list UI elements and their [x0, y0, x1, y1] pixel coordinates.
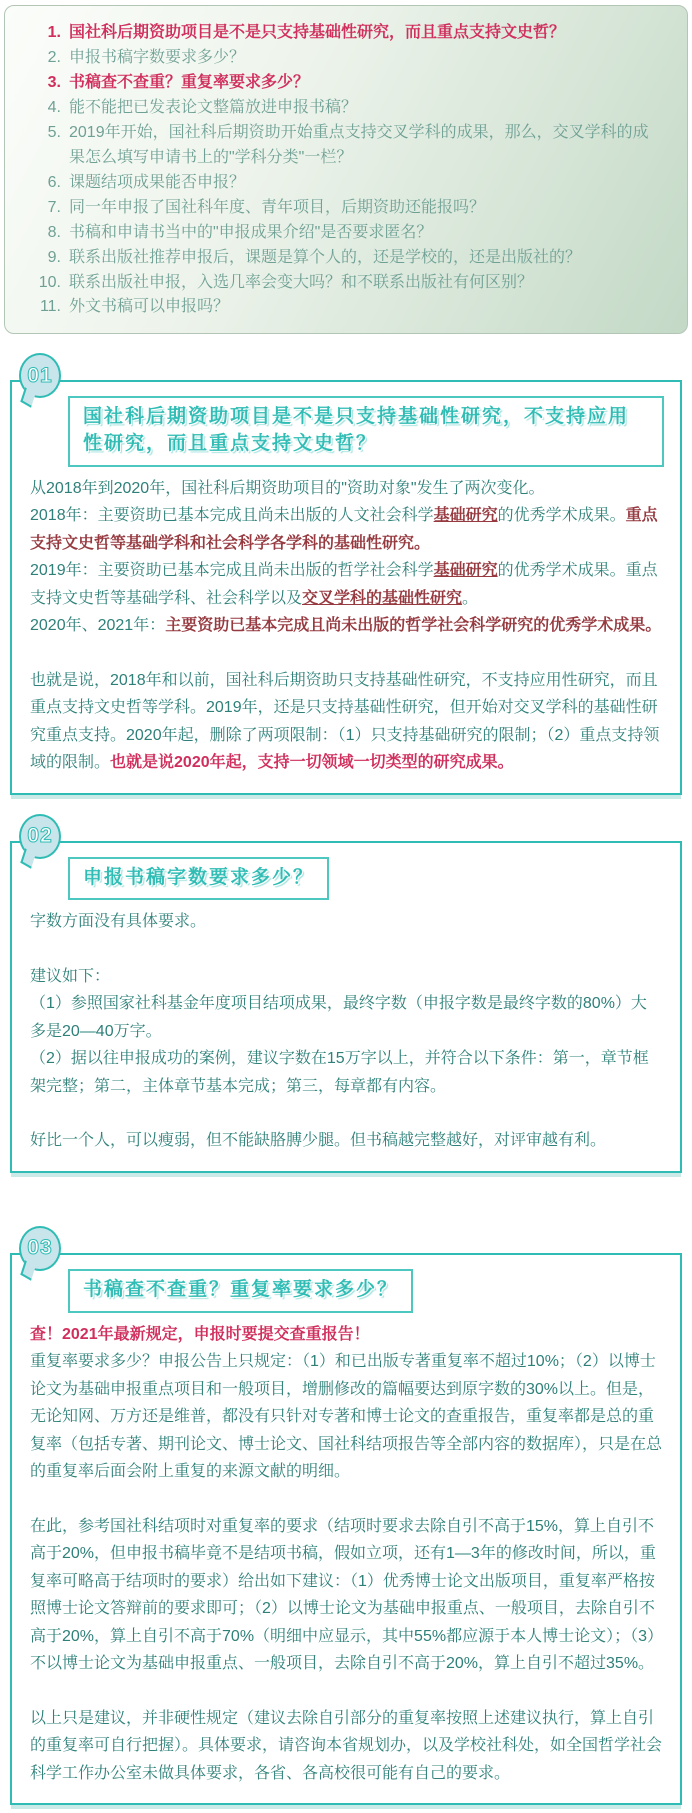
paragraph: 2020年、2021年：主要资助已基本完成且尚未出版的哲学社会科学研究的优秀学术…	[30, 612, 662, 640]
text-segment: 以上只是建议，并非硬性规定（建议去除自引部分的重复率按照上述建议执行，算上自引的…	[30, 1710, 662, 1782]
paragraph: 重复率要求多少？申报公告上只规定：（1）和已出版专著重复率不超过10%；（2）以…	[30, 1348, 662, 1486]
paragraph: 在此，参考国社科结项时对重复率的要求（结项时要求去除自引不高于15%，算上自引不…	[30, 1513, 662, 1678]
text-segment: 重复率要求多少？申报公告上只规定：（1）和已出版专著重复率不超过10%；（2）以…	[30, 1353, 662, 1480]
toc-item-number: 7.	[23, 196, 61, 221]
section-03-body: 查！2021年最新规定，申报时要提交查重报告！重复率要求多少？申报公告上只规定：…	[28, 1321, 664, 1788]
paragraph: 建议如下：	[30, 963, 662, 991]
text-segment: 交叉学科的基础性研究	[302, 590, 462, 607]
toc-item-text: 书稿和申请书当中的"申报成果介绍"是否要求匿名？	[69, 221, 661, 246]
toc-item-number: 9.	[23, 246, 61, 271]
paragraph: 从2018年到2020年，国社科后期资助项目的"资助对象"发生了两次变化。	[30, 475, 662, 503]
section-02-number-badge: 02	[19, 814, 61, 859]
paragraph-spacer	[30, 936, 662, 963]
section-02-title: 申报书稿字数要求多少？	[68, 857, 329, 901]
text-segment: 主要资助已基本完成且尚未出版的哲学社会科学研究的优秀学术成果。	[165, 617, 661, 634]
toc-item-text: 外文书稿可以申报吗？	[69, 295, 661, 320]
toc-item-text: 2019年开始，国社科后期资助开始重点支持交叉学科的成果，那么，交叉学科的成果怎…	[69, 121, 661, 171]
toc-item-number: 3.	[23, 71, 61, 96]
toc-item-number: 4.	[23, 96, 61, 121]
toc-item-text: 联系出版社申报，入选几率会变大吗？和不联系出版社有何区别？	[69, 271, 661, 296]
toc-item: 3.书稿查不查重？重复率要求多少？	[23, 71, 661, 96]
toc-item-text: 课题结项成果能否申报？	[69, 171, 661, 196]
text-segment: 基础研究	[434, 562, 498, 579]
toc-item: 6.课题结项成果能否申报？	[23, 171, 661, 196]
section-title-text: 申报书稿字数要求多少？	[83, 867, 314, 888]
section-title-text: 国社科后期资助项目是不是只支持基础性研究，不支持应用性研究，而且重点支持文史哲？	[83, 406, 629, 454]
text-segment: 查！2021年最新规定，申报时要提交查重报告！	[30, 1326, 370, 1343]
section-number: 01	[27, 364, 52, 388]
paragraph: 查！2021年最新规定，申报时要提交查重报告！	[30, 1321, 662, 1349]
toc-item: 5.2019年开始，国社科后期资助开始重点支持交叉学科的成果，那么，交叉学科的成…	[23, 121, 661, 171]
section-01-title: 国社科后期资助项目是不是只支持基础性研究，不支持应用性研究，而且重点支持文史哲？	[68, 396, 664, 466]
text-segment: 在此，参考国社科结项时对重复率的要求（结项时要求去除自引不高于15%，算上自引不…	[30, 1518, 656, 1673]
paragraph-spacer	[30, 1678, 662, 1705]
toc-item: 11.外文书稿可以申报吗？	[23, 295, 661, 320]
section-01-number-badge: 01	[19, 353, 61, 398]
toc-item-text: 书稿查不查重？重复率要求多少？	[69, 71, 661, 96]
text-segment: 2019年：主要资助已基本完成且尚未出版的哲学社会科学	[30, 562, 434, 579]
section-03: 03 书稿查不查重？重复率要求多少？ 查！2021年最新规定，申报时要提交查重报…	[10, 1253, 682, 1805]
toc-list: 1.国社科后期资助项目是不是只支持基础性研究，而且重点支持文史哲？2.申报书稿字…	[23, 21, 661, 320]
section-number: 03	[27, 1236, 52, 1260]
text-segment: 2018年：主要资助已基本完成且尚未出版的人文社会科学	[30, 507, 434, 524]
paragraph: 2019年：主要资助已基本完成且尚未出版的哲学社会科学基础研究的优秀学术成果。重…	[30, 557, 662, 612]
section-01-body: 从2018年到2020年，国社科后期资助项目的"资助对象"发生了两次变化。201…	[28, 475, 664, 777]
toc-item: 1.国社科后期资助项目是不是只支持基础性研究，而且重点支持文史哲？	[23, 21, 661, 46]
toc-item-number: 5.	[23, 121, 61, 171]
section-01: 01 国社科后期资助项目是不是只支持基础性研究，不支持应用性研究，而且重点支持文…	[10, 380, 682, 794]
text-segment: （2）据以往申报成功的案例，建议字数在15万字以上，并符合以下条件：第一，章节框…	[30, 1050, 649, 1095]
question-index-box: 1.国社科后期资助项目是不是只支持基础性研究，而且重点支持文史哲？2.申报书稿字…	[4, 5, 688, 334]
text-segment: 也就是说2020年起，支持一切领域一切类型的研究成果。	[110, 754, 514, 771]
toc-item-number: 11.	[23, 295, 61, 320]
article-page: 1.国社科后期资助项目是不是只支持基础性研究，而且重点支持文史哲？2.申报书稿字…	[0, 0, 692, 1813]
text-segment: 。	[462, 590, 478, 607]
toc-item-text: 能不能把已发表论文整篇放进申报书稿？	[69, 96, 661, 121]
toc-item-number: 10.	[23, 271, 61, 296]
toc-item: 7.同一年申报了国社科年度、青年项目，后期资助还能报吗？	[23, 196, 661, 221]
toc-item-text: 同一年申报了国社科年度、青年项目，后期资助还能报吗？	[69, 196, 661, 221]
toc-item-text: 国社科后期资助项目是不是只支持基础性研究，而且重点支持文史哲？	[69, 21, 661, 46]
paragraph: 2018年：主要资助已基本完成且尚未出版的人文社会科学基础研究的优秀学术成果。重…	[30, 502, 662, 557]
toc-item-text: 申报书稿字数要求多少？	[69, 46, 661, 71]
toc-item-number: 8.	[23, 221, 61, 246]
toc-item-number: 6.	[23, 171, 61, 196]
section-02: 02 申报书稿字数要求多少？ 字数方面没有具体要求。建议如下：（1）参照国家社科…	[10, 841, 682, 1173]
section-03-title: 书稿查不查重？重复率要求多少？	[68, 1269, 413, 1313]
text-segment: 字数方面没有具体要求。	[30, 913, 206, 930]
paragraph: 也就是说，2018年和以前，国社科后期资助只支持基础性研究，不支持应用性研究，而…	[30, 667, 662, 777]
paragraph: （1）参照国家社科基金年度项目结项成果，最终字数（申报字数是最终字数的80%）大…	[30, 990, 662, 1045]
paragraph-spacer	[30, 1486, 662, 1513]
paragraph: 字数方面没有具体要求。	[30, 908, 662, 936]
text-segment: 好比一个人，可以瘦弱，但不能缺胳膊少腿。但书稿越完整越好，对评审越有利。	[30, 1132, 606, 1149]
section-02-body: 字数方面没有具体要求。建议如下：（1）参照国家社科基金年度项目结项成果，最终字数…	[28, 908, 664, 1155]
paragraph: 好比一个人，可以瘦弱，但不能缺胳膊少腿。但书稿越完整越好，对评审越有利。	[30, 1127, 662, 1155]
section-number: 02	[27, 824, 52, 848]
section-title-text: 书稿查不查重？重复率要求多少？	[83, 1279, 398, 1300]
toc-item-number: 1.	[23, 21, 61, 46]
text-segment: （1）参照国家社科基金年度项目结项成果，最终字数（申报字数是最终字数的80%）大…	[30, 995, 647, 1040]
paragraph: 以上只是建议，并非硬性规定（建议去除自引部分的重复率按照上述建议执行，算上自引的…	[30, 1705, 662, 1788]
toc-item: 10.联系出版社申报，入选几率会变大吗？和不联系出版社有何区别？	[23, 271, 661, 296]
text-segment: 的优秀学术成果。	[498, 507, 626, 524]
toc-item-number: 2.	[23, 46, 61, 71]
section-03-number-badge: 03	[19, 1226, 61, 1271]
paragraph-spacer	[30, 640, 662, 667]
text-segment: 从2018年到2020年，国社科后期资助项目的"资助对象"发生了两次变化。	[30, 480, 545, 497]
toc-item: 9.联系出版社推荐申报后，课题是算个人的，还是学校的，还是出版社的？	[23, 246, 661, 271]
toc-item: 2.申报书稿字数要求多少？	[23, 46, 661, 71]
text-segment: 2020年、2021年：	[30, 617, 165, 634]
toc-item: 4.能不能把已发表论文整篇放进申报书稿？	[23, 96, 661, 121]
paragraph-spacer	[30, 1100, 662, 1127]
paragraph: （2）据以往申报成功的案例，建议字数在15万字以上，并符合以下条件：第一，章节框…	[30, 1045, 662, 1100]
text-segment: 建议如下：	[30, 968, 110, 985]
text-segment: 基础研究	[434, 507, 498, 524]
toc-item-text: 联系出版社推荐申报后，课题是算个人的，还是学校的，还是出版社的？	[69, 246, 661, 271]
toc-item: 8.书稿和申请书当中的"申报成果介绍"是否要求匿名？	[23, 221, 661, 246]
